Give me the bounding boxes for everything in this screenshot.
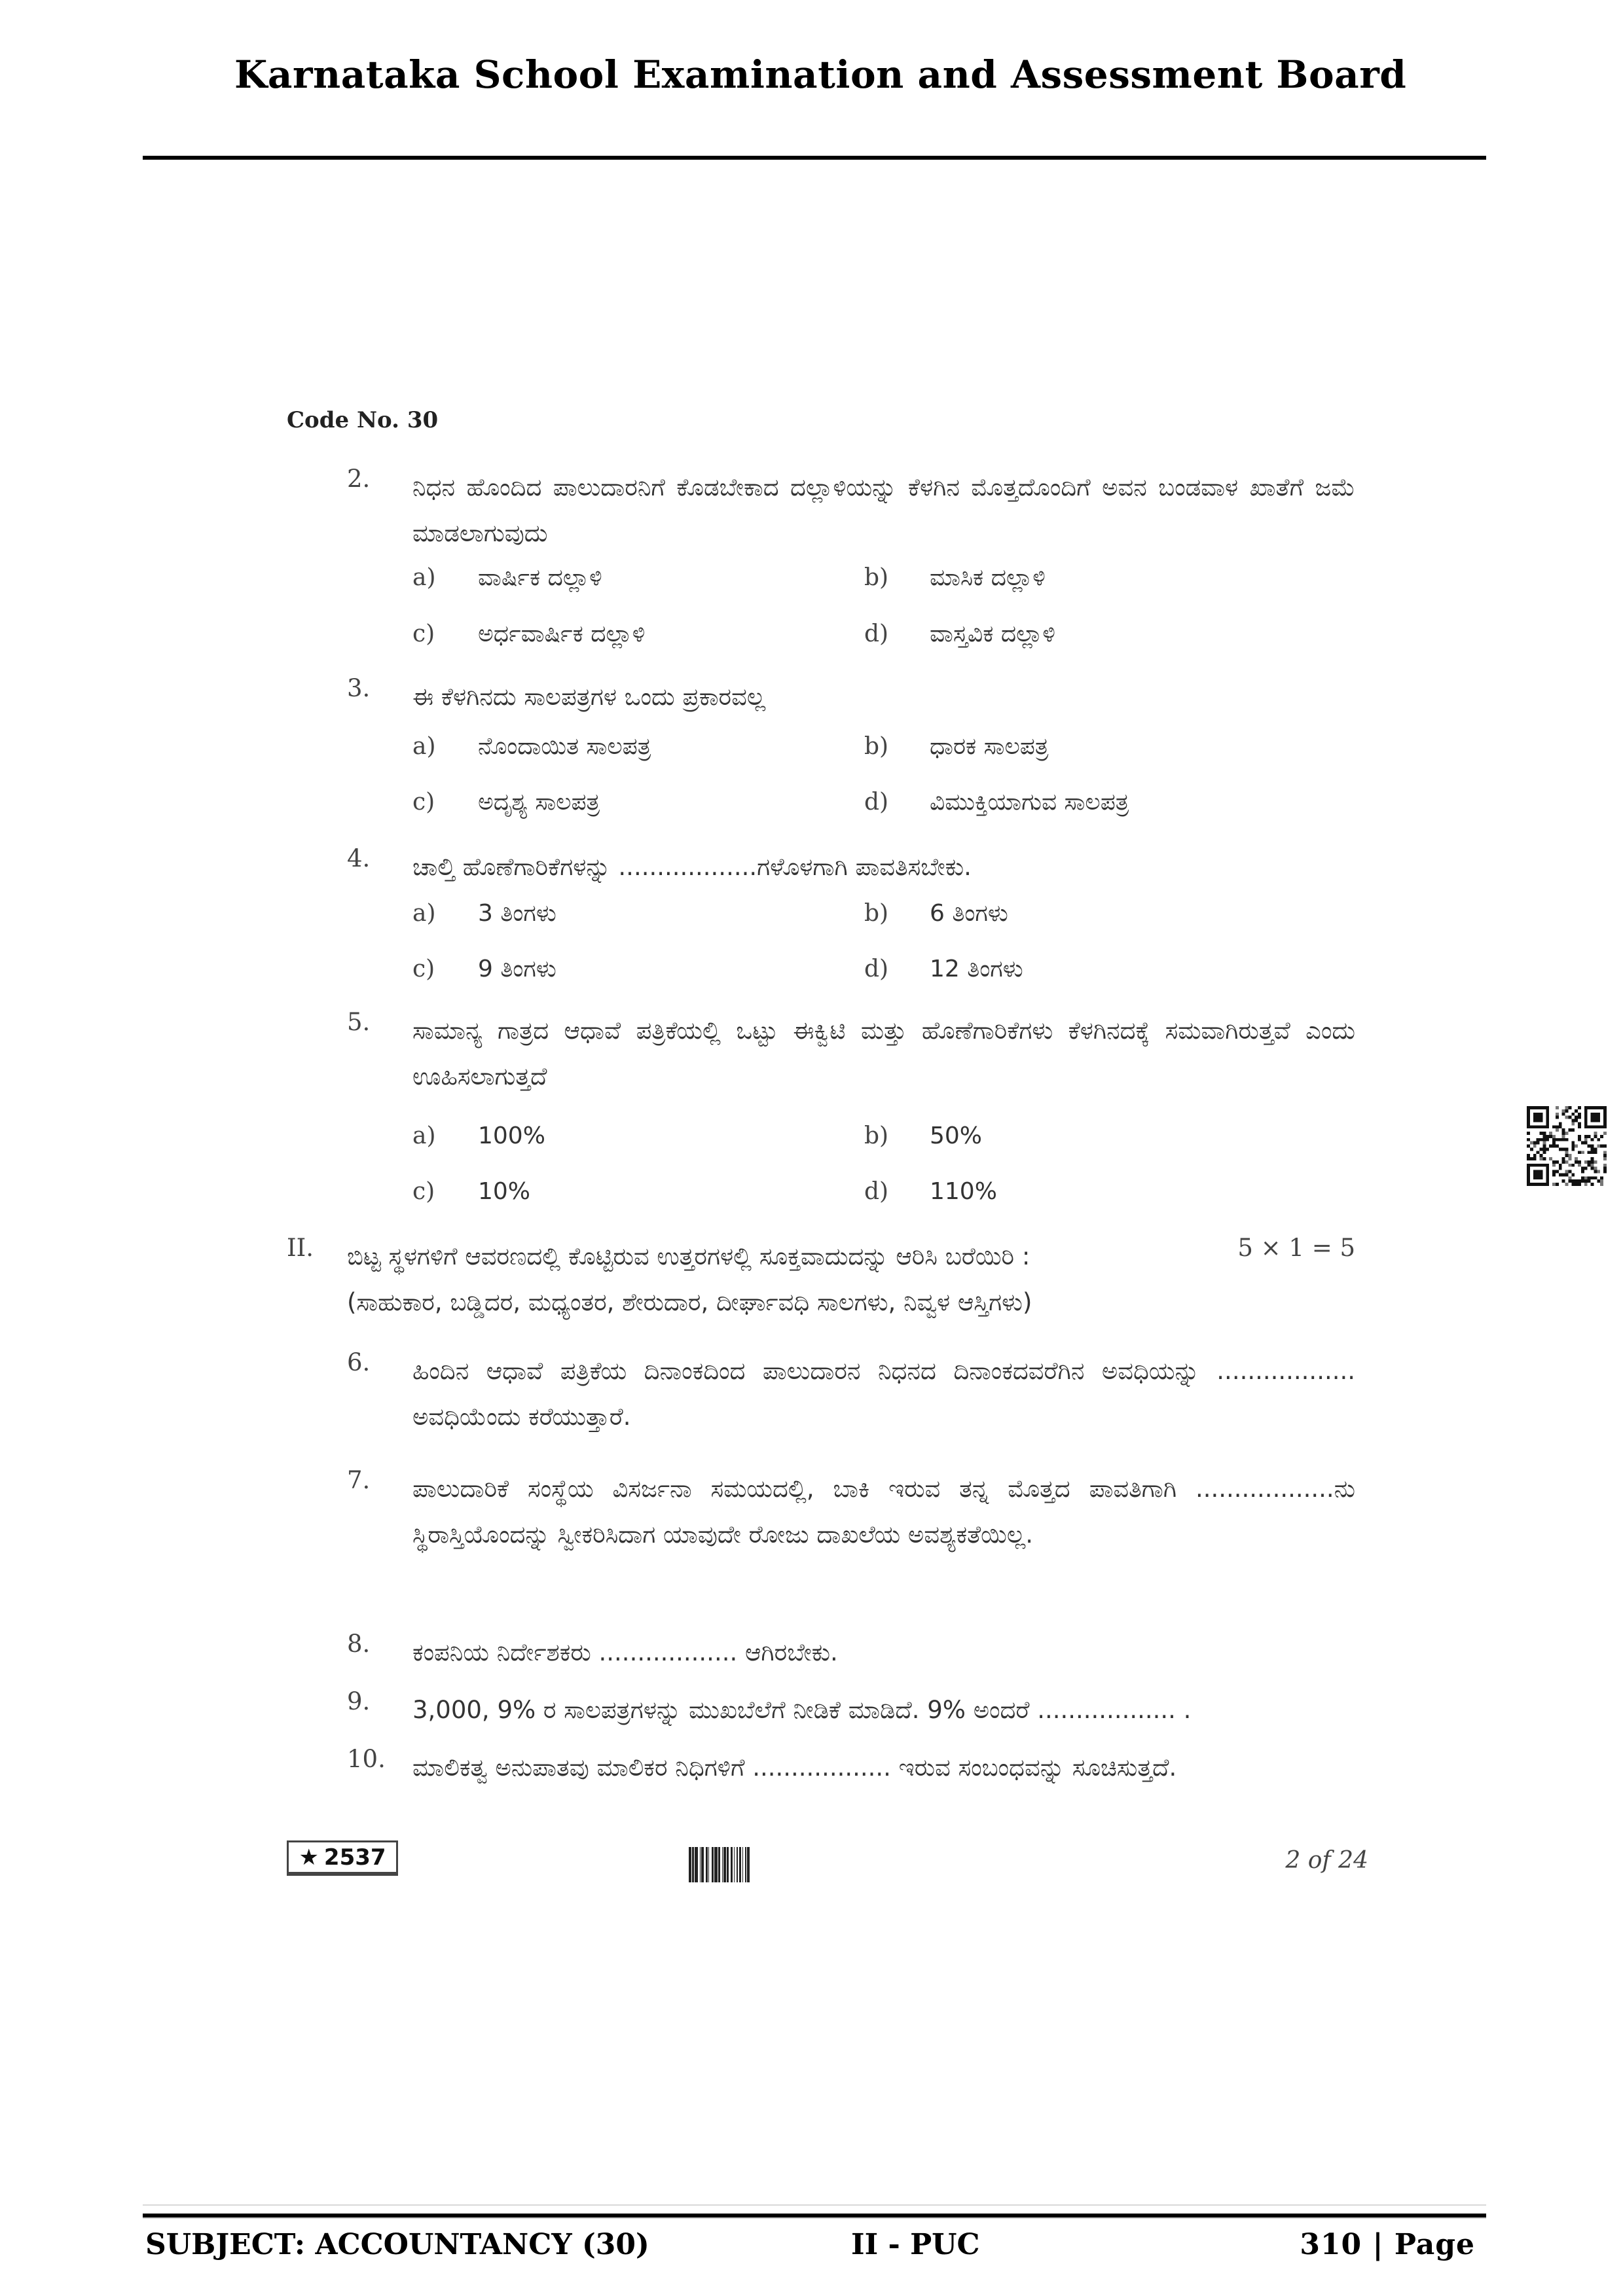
option-label: c) — [412, 789, 435, 816]
option-text: 9 ತಿಂಗಳು — [478, 956, 556, 983]
paper-code-box: ★ 2537 — [287, 1840, 398, 1876]
option-text: ಅರ್ಧವಾರ್ಷಿಕ ದಲ್ಲಾಳಿ — [478, 620, 645, 648]
option-text: ಅದೃಶ್ಯ ಸಾಲಪತ್ರ — [478, 789, 600, 816]
question-number: 2. — [347, 465, 370, 493]
footer-subject: SUBJECT: ACCOUNTANCY (30) — [145, 2228, 649, 2261]
question-text: ಹಿಂದಿನ ಆಧಾವೆ ಪತ್ರಿಕೆಯ ದಿನಾಂಕದಿಂದ ಪಾಲುದಾರ… — [412, 1348, 1355, 1440]
option-text: 3 ತಿಂಗಳು — [478, 900, 556, 927]
section-number: II. — [287, 1234, 314, 1262]
paper-code: 2537 — [324, 1844, 386, 1871]
footer-class: II - PUC — [851, 2228, 980, 2261]
option-label: a) — [412, 564, 436, 591]
option-label: d) — [864, 620, 888, 647]
question-number: 3. — [347, 674, 370, 702]
question-text: ಕಂಪನಿಯ ನಿರ್ದೇಶಕರು .................. ಆಗಿ… — [412, 1630, 1355, 1676]
option-text: ವಾಸ್ತವಿಕ ದಲ್ಲಾಳಿ — [930, 620, 1055, 648]
question-text: ಪಾಲುದಾರಿಕೆ ಸಂಸ್ಥೆಯ ವಿಸರ್ಜನಾ ಸಮಯದಲ್ಲಿ, ಬಾ… — [412, 1466, 1355, 1558]
option-label: d) — [864, 956, 888, 982]
question-number: 5. — [347, 1008, 370, 1036]
option-label: c) — [412, 956, 435, 982]
question-text: ಈ ಕೆಳಗಿನದು ಸಾಲಪತ್ರಗಳ ಒಂದು ಪ್ರಕಾರವಲ್ಲ — [412, 674, 1355, 720]
option-label: b) — [864, 564, 888, 591]
qr-code-icon — [1527, 1106, 1607, 1186]
star-icon: ★ — [299, 1844, 318, 1871]
option-text: ವಾರ್ಷಿಕ ದಲ್ಲಾಳಿ — [478, 564, 602, 592]
option-text: 110% — [930, 1178, 997, 1205]
option-label: c) — [412, 1178, 435, 1205]
option-label: a) — [412, 1122, 436, 1149]
question-number: 8. — [347, 1630, 370, 1658]
question-text: ಮಾಲಿಕತ್ವ ಅನುಪಾತವು ಮಾಲಿಕರ ನಿಧಿಗಳಿಗೆ .....… — [412, 1745, 1355, 1791]
barcode — [689, 1847, 750, 1882]
question-number: 9. — [347, 1687, 370, 1715]
question-text: ನಿಧನ ಹೊಂದಿದ ಪಾಲುದಾರನಿಗೆ ಕೊಡಬೇಕಾದ ದಲ್ಲಾಳಿ… — [412, 465, 1355, 556]
footer-divider-shadow — [143, 2217, 1486, 2219]
option-text: 12 ತಿಂಗಳು — [930, 956, 1023, 983]
option-text: ಮಾಸಿಕ ದಲ್ಲಾಳಿ — [930, 564, 1046, 592]
option-label: a) — [412, 733, 436, 760]
option-label: a) — [412, 900, 436, 927]
question-paper-scan: Code No. 30 2. ನಿಧನ ಹೊಂದಿದ ಪಾಲುದಾರನಿಗೆ ಕ… — [275, 393, 1388, 1898]
option-text: 50% — [930, 1122, 982, 1149]
question-text: ಸಾಮಾನ್ಯ ಗಾತ್ರದ ಆಧಾವೆ ಪತ್ರಿಕೆಯಲ್ಲಿ ಒಟ್ಟು … — [412, 1008, 1355, 1100]
option-label: d) — [864, 1178, 888, 1205]
header-divider — [143, 156, 1486, 160]
question-text: 3,000, 9% ರ ಸಾಲಪತ್ರಗಳನ್ನು ಮುಖಬೆಲೆಗೆ ನೀಡಿ… — [412, 1687, 1355, 1733]
option-text: 100% — [478, 1122, 545, 1149]
option-label: b) — [864, 733, 888, 760]
answer-choices: (ಸಾಹುಕಾರ, ಬಡ್ಡಿದರ, ಮಧ್ಯಂತರ, ಶೇರುದಾರ, ದೀರ… — [347, 1280, 1355, 1325]
option-label: d) — [864, 789, 888, 816]
option-text: 6 ತಿಂಗಳು — [930, 900, 1008, 927]
option-text: ವಿಮುಕ್ತಿಯಾಗುವ ಸಾಲಪತ್ರ — [930, 789, 1129, 816]
page-count: 2 of 24 — [1285, 1847, 1368, 1874]
option-label: b) — [864, 900, 888, 927]
question-number: 7. — [347, 1466, 370, 1494]
option-label: b) — [864, 1122, 888, 1149]
option-text: ಧಾರಕ ಸಾಲಪತ್ರ — [930, 733, 1048, 761]
section-instruction-text: ಬಿಟ್ಟ ಸ್ಥಳಗಳಿಗೆ ಆವರಣದಲ್ಲಿ ಕೊಟ್ಟಿರುವ ಉತ್ತ… — [347, 1234, 1192, 1280]
option-label: c) — [412, 620, 435, 647]
section-marks: 5 × 1 = 5 — [1237, 1234, 1355, 1262]
option-text: ನೊಂದಾಯಿತ ಸಾಲಪತ್ರ — [478, 733, 651, 761]
footer-divider-thin — [143, 2204, 1486, 2206]
board-title: Karnataka School Examination and Assessm… — [234, 52, 1406, 97]
question-number: 10. — [347, 1745, 386, 1773]
footer-page-number: 310 | Page — [1300, 2228, 1475, 2261]
question-number: 4. — [347, 844, 370, 872]
question-number: 6. — [347, 1348, 370, 1376]
option-text: 10% — [478, 1178, 530, 1205]
code-number: Code No. 30 — [287, 407, 438, 433]
question-text: ಚಾಲ್ತಿ ಹೊಣೆಗಾರಿಕೆಗಳನ್ನು ................… — [412, 844, 1355, 890]
